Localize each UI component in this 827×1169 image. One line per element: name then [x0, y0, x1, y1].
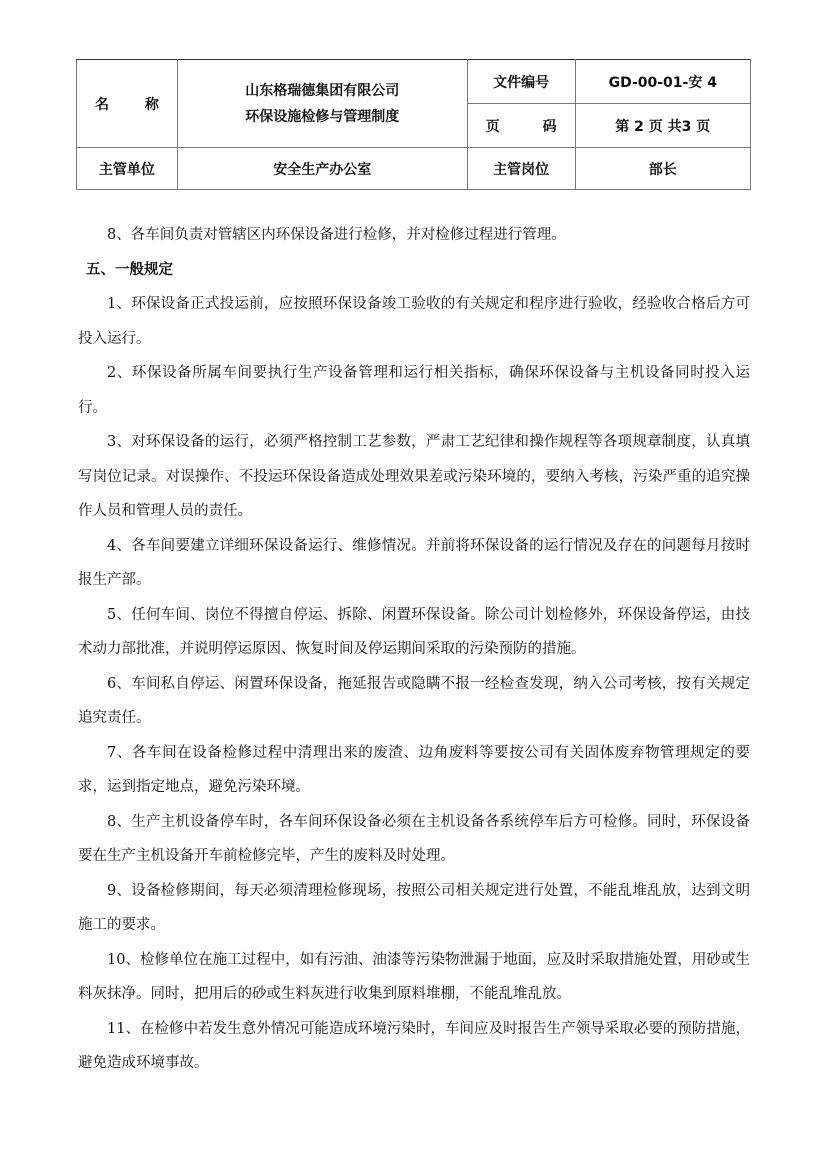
page-label-char1: 页: [486, 116, 500, 136]
doc-no-value: GD-00-01-安 4: [575, 60, 750, 104]
rule-item-2: 2、环保设备所属车间要执行生产设备管理和运行相关指标，确保环保设备与主机设备同时…: [78, 356, 750, 425]
rule-item-1: 1、环保设备正式投运前，应按照环保设备竣工验收的有关规定和程序进行验收，经验收合…: [78, 287, 750, 356]
rule-item-5: 5、任何车间、岗位不得擅自停运、拆除、闲置环保设备。除公司计划检修外，环保设备停…: [78, 598, 750, 667]
doc-no-label: 文件编号: [467, 60, 575, 104]
dept-label: 主管单位: [77, 148, 178, 190]
document-body: 8、各车间负责对管辖区内环保设备进行检修，并对检修过程进行管理。 五、一般规定 …: [78, 218, 750, 1081]
page-value: 第 2 页 共3 页: [575, 104, 750, 148]
rule-item-9: 9、设备检修期间，每天必须清理检修现场，按照公司相关规定进行处置，不能乱堆乱放，…: [78, 874, 750, 943]
company-name: 山东格瑞德集团有限公司: [178, 78, 467, 104]
name-label-char1: 名: [95, 94, 109, 114]
page-label-cell: 页码: [467, 104, 575, 148]
intro-item: 8、各车间负责对管辖区内环保设备进行检修，并对检修过程进行管理。: [78, 218, 750, 253]
name-label-cell: 名称: [77, 60, 178, 148]
rule-item-10: 10、检修单位在施工过程中，如有污油、油漆等污染物泄漏于地面，应及时采取措施处置…: [78, 943, 750, 1012]
post-label: 主管岗位: [467, 148, 575, 190]
name-label-char2: 称: [145, 94, 159, 114]
rule-item-3: 3、对环保设备的运行，必须严格控制工艺参数，严肃工艺纪律和操作规程等各项规章制度…: [78, 425, 750, 529]
rule-item-4: 4、各车间要建立详细环保设备运行、维修情况。并前将环保设备的运行情况及存在的问题…: [78, 529, 750, 598]
dept-value: 安全生产办公室: [177, 148, 467, 190]
document-header-table: 名称 山东格瑞德集团有限公司 环保设施检修与管理制度 文件编号 GD-00-01…: [76, 59, 751, 190]
rule-item-7: 7、各车间在设备检修过程中清理出来的废渣、边角废料等要按公司有关固体废弃物管理规…: [78, 736, 750, 805]
section-title: 五、一般规定: [78, 253, 750, 288]
post-value: 部长: [575, 148, 750, 190]
rule-item-11: 11、在检修中若发生意外情况可能造成环境污染时，车间应及时报告生产领导采取必要的…: [78, 1012, 750, 1081]
page-label-char2: 码: [543, 116, 557, 136]
rule-item-6: 6、车间私自停运、闲置环保设备，拖延报告或隐瞒不报一经检查发现，纳入公司考核，按…: [78, 667, 750, 736]
document-title-cell: 山东格瑞德集团有限公司 环保设施检修与管理制度: [177, 60, 467, 148]
document-title: 环保设施检修与管理制度: [178, 104, 467, 130]
rule-item-8: 8、生产主机设备停车时，各车间环保设备必须在主机设备各系统停车后方可检修。同时，…: [78, 805, 750, 874]
